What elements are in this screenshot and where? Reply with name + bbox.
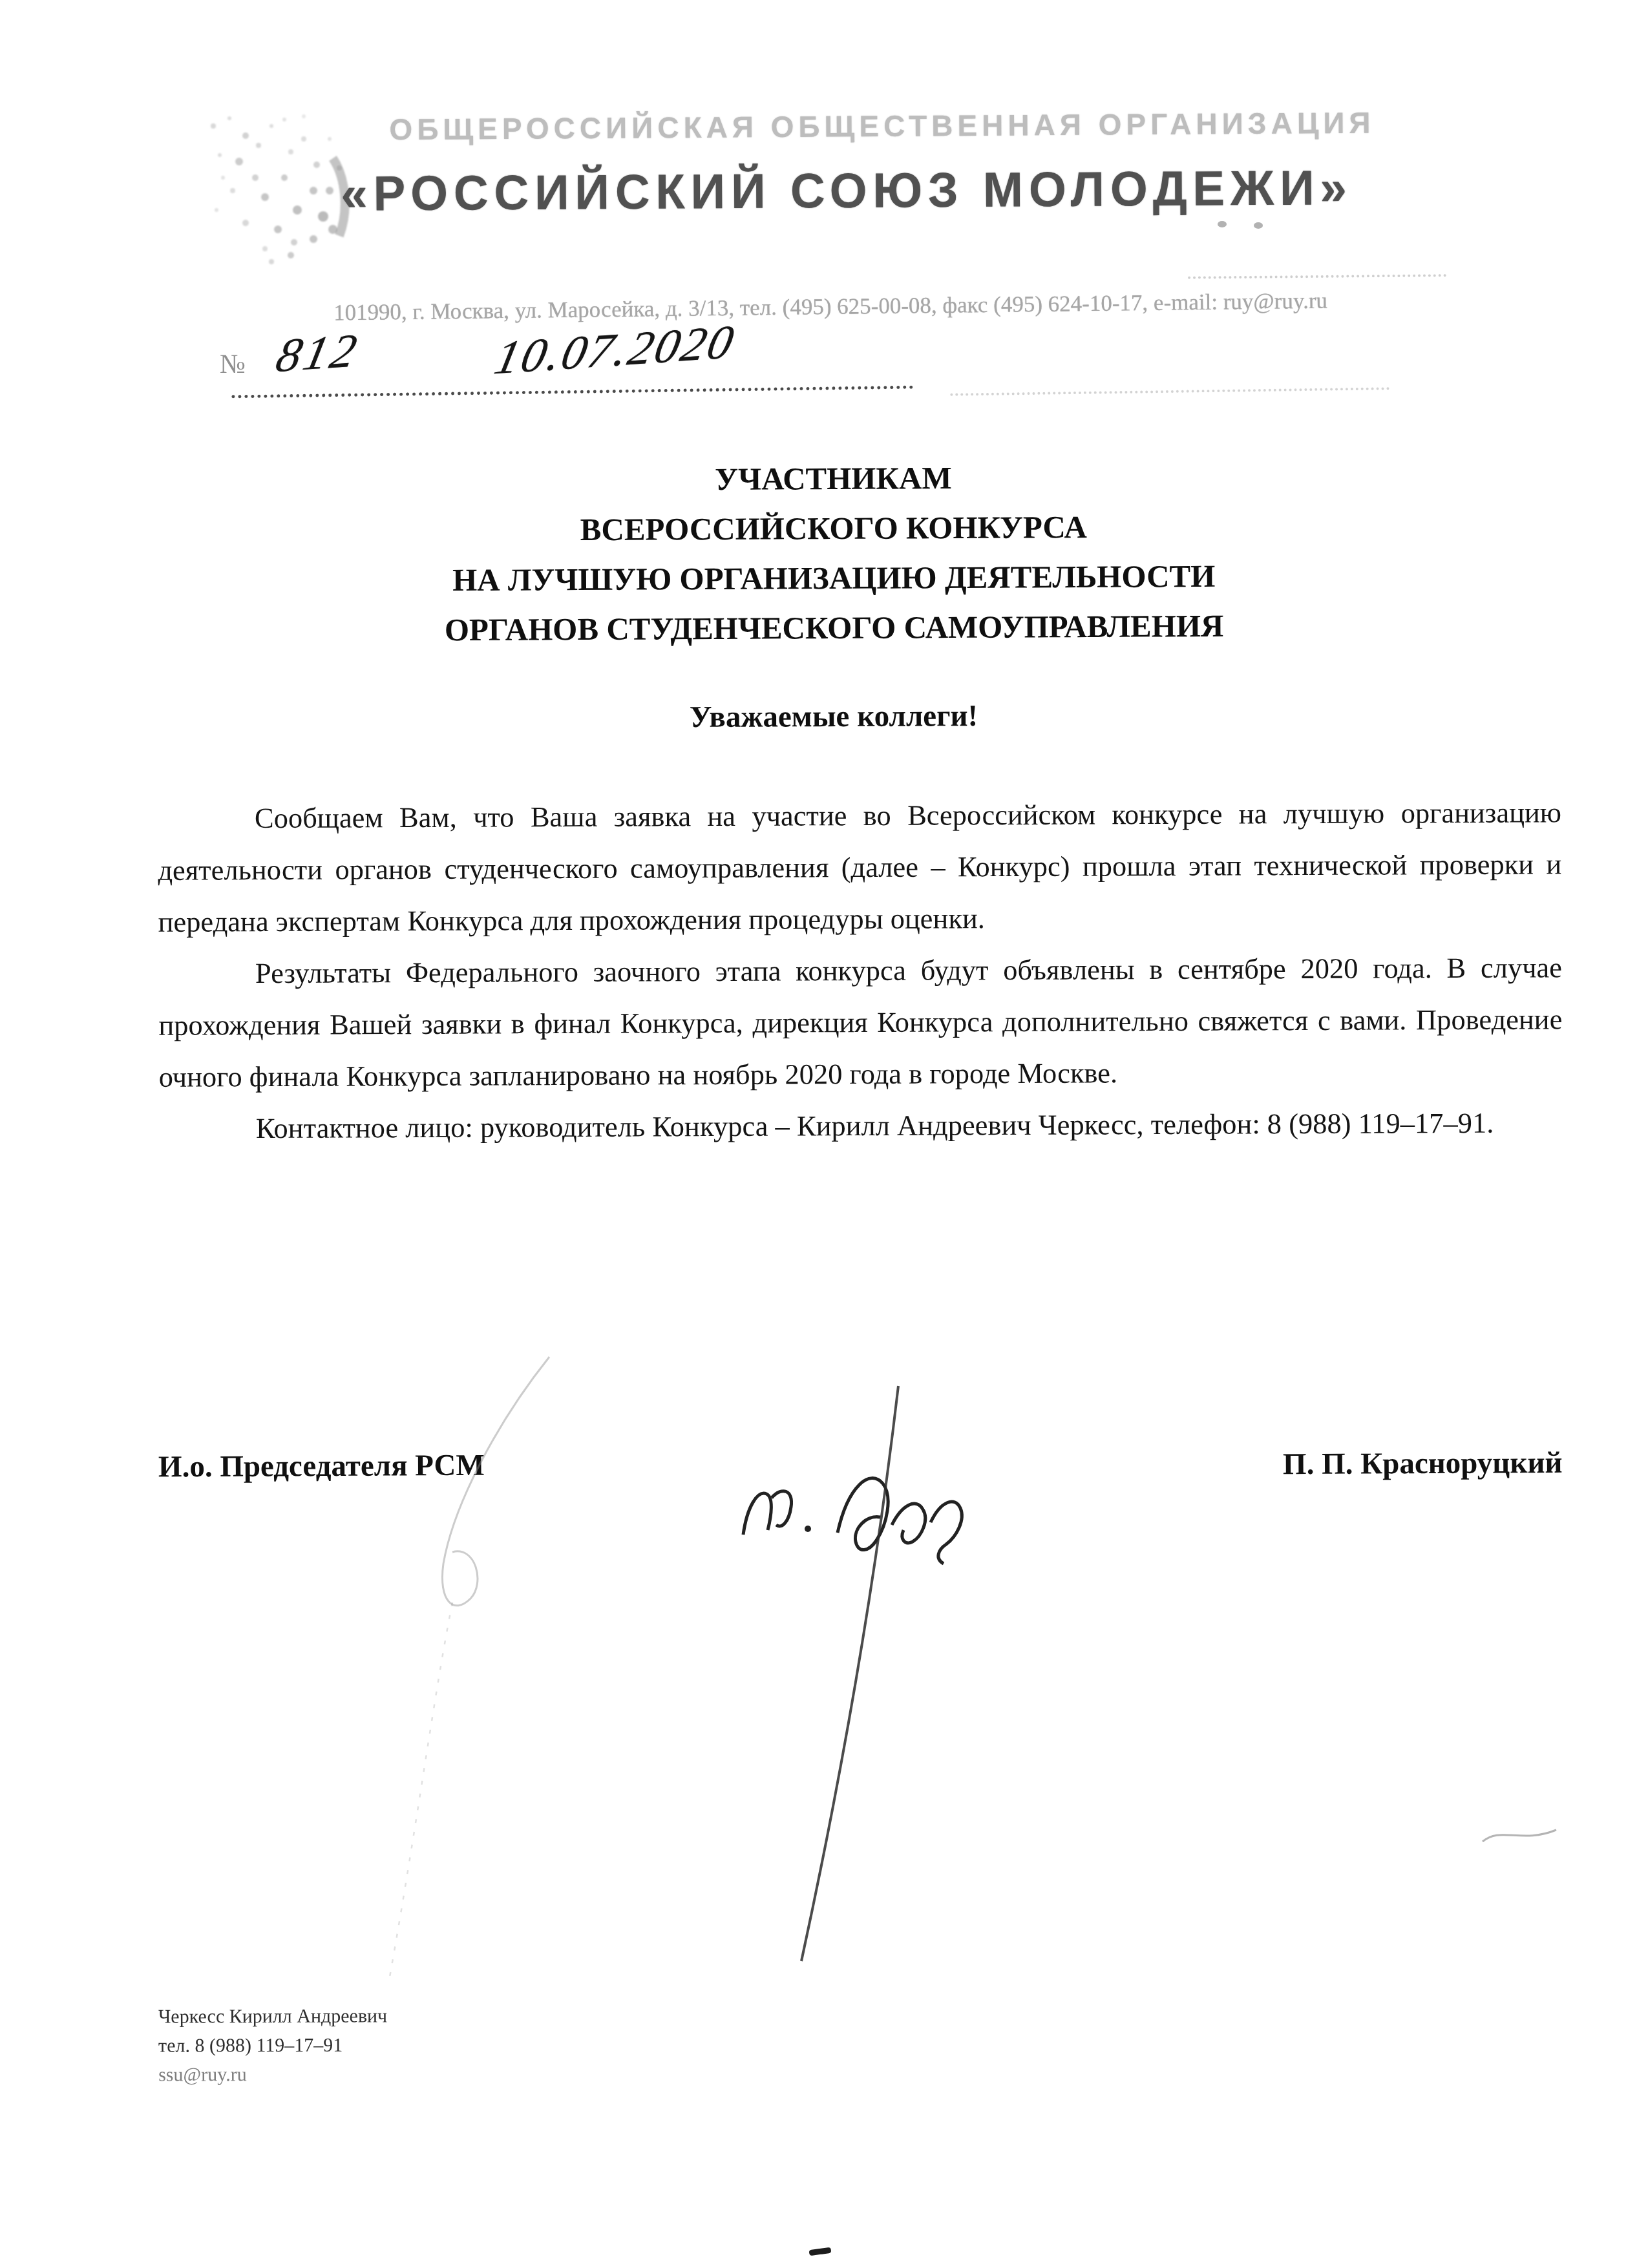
contact-email: ssu@ruy.ru — [158, 2059, 387, 2089]
scanned-letter-page: ОБЩЕРОССИЙСКАЯ ОБЩЕСТВЕННАЯ ОРГАНИЗАЦИЯ … — [0, 0, 1648, 2268]
scan-speck — [1218, 221, 1227, 227]
scan-squiggle — [1481, 1823, 1559, 1849]
paragraph: Контактное лицо: руководитель Конкурса –… — [159, 1097, 1563, 1154]
org-type-line: ОБЩЕРОССИЙСКАЯ ОБЩЕСТВЕННАЯ ОРГАНИЗАЦИЯ — [304, 105, 1461, 147]
handwritten-signature — [291, 1331, 1099, 2055]
scan-speck — [1254, 222, 1263, 229]
faded-dotted-line — [1188, 257, 1446, 278]
letter-body: Сообщаем Вам, что Ваша заявка на участие… — [158, 786, 1563, 1154]
addressee-line: НА ЛУЧШУЮ ОРГАНИЗАЦИЮ ДЕЯТЕЛЬНОСТИ — [129, 549, 1538, 606]
addressee-line: ОРГАНОВ СТУДЕНЧЕСКОГО САМОУПРАВЛЕНИЯ — [129, 599, 1538, 656]
org-name: «РОССИЙСКИЙ СОЮЗ МОЛОДЕЖИ» — [194, 159, 1499, 223]
addressee-line: УЧАСТНИКАМ — [129, 450, 1537, 507]
footer-contact: Черкесс Кирилл Андреевич тел. 8 (988) 11… — [158, 2001, 388, 2089]
contact-phone: тел. 8 (988) 119–17–91 — [158, 2030, 387, 2060]
reference-underline-faint — [950, 356, 1390, 395]
greeting: Уважаемые коллеги! — [129, 696, 1538, 737]
scan-mark — [809, 2247, 832, 2256]
addressee-block: УЧАСТНИКАМ ВСЕРОССИЙСКОГО КОНКУРСА НА ЛУ… — [129, 450, 1539, 656]
contact-name: Черкесс Кирилл Андреевич — [158, 2001, 387, 2031]
addressee-line: ВСЕРОССИЙСКОГО КОНКУРСА — [129, 499, 1538, 556]
paragraph: Результаты Федерального заочного этапа к… — [158, 941, 1563, 1102]
paragraph: Сообщаем Вам, что Ваша заявка на участие… — [158, 786, 1562, 947]
signer-name: П. П. Красноруцкий — [1283, 1445, 1563, 1482]
letterhead-address: 101990, г. Москва, ул. Маросейка, д. 3/1… — [123, 286, 1538, 329]
